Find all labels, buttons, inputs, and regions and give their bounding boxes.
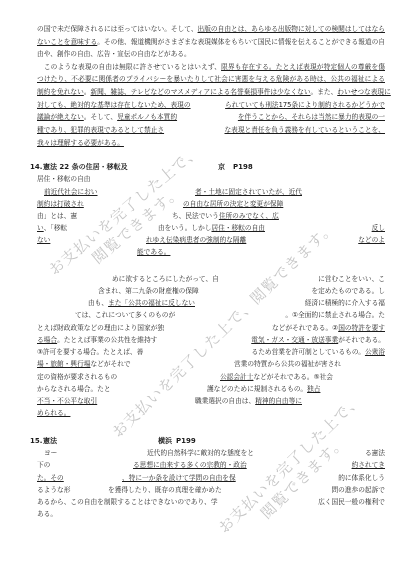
text-run: るため営業を許可制としているもの。 [252,348,365,356]
text-line: の国で未だ保障されるには至ってはいない。そして、出版の自由とは、あらゆる出版物に… [0,24,410,34]
text-line: る場合。たとえば事業の公共性を維持す 電気・ガス・交通・放送事業がそれである。 [0,335,410,345]
underlined-text: られていても刑法175条により制約されるかどうかで [225,101,385,109]
section-title: 憲法 [43,436,57,446]
text-line: ない れゆえ伝染病患者の強制的な隔離 などのよ [0,235,410,245]
text-run: を獲得したり、既存の真理を確かめた [108,486,222,494]
text-fragment: 場・旅館・興行場などがそれで [37,359,131,369]
text-run: 。その他、報道機関がさまざまな表現媒体をもちいて国民に情報を伝えることができる報… [97,38,385,46]
text-fragment: 下の [37,460,50,470]
underlined-text: い [37,224,44,232]
underlined-text: 者・土地に固定されていたが、近代 [195,188,302,196]
underlined-text: 居住・移転の自由 [212,224,266,232]
text-line: 含まれ、第二九条の財産権の保障 を定めたものである。し [0,286,410,296]
text-fragment: 制約を免れない。新聞、雑誌、テレビなどのマスメディアによる名誉棄損事件は少なくな… [37,87,385,97]
text-fragment: あるから、この自由を制限することはできないのであり、学 [37,497,218,507]
underlined-text: 、特に一か条を設けて学問の自由を保 [122,474,236,482]
text-line: 由や、創作の自由、広告・宣伝の自由などがある。 [0,49,410,59]
text-fragment: 議論が絶えない。そして、児童ポルノも本質的 [37,112,177,122]
text-line: ③許可を要する場合。たとえば、善 るため営業を許可制としているもの。公衆浴 [0,347,410,357]
text-fragment: ち、民法でいう住所のみでなく、広 [172,211,279,221]
underlined-text: 我々は理解する必要がある。 [37,139,124,147]
text-run: 問の進歩の起訴で [332,486,386,494]
text-fragment: 、特に一か条を設けて学問の自由を保 [122,473,236,483]
underlined-text: れゆえ伝染病患者の強制的な隔離 [146,236,246,244]
text-line: 定の資格が要求されるもの 公認会計士などがそれである。⑤社会 [0,372,410,382]
text-fragment: 営業の特質から公共の福祉が害され [234,359,341,369]
text-run: 含まれ、第二九条の財産権の保障 [98,287,199,295]
text-fragment: ヨー [44,448,57,458]
text-fragment: とえば財政政策などの理由により国家が独 [37,323,164,333]
text-line: ないことを意味する。その他、報道機関がさまざまな表現媒体をもちいて国民に情報を伝… [0,37,410,47]
text-run: 。そして、 [84,113,117,121]
text-line: 不当・不公平な取引 職業選択の自由は、精神的自由等に [0,396,410,406]
text-line: るような形 を獲得したり、既存の真理を確かめた 問の進歩の起訴で [0,485,410,495]
text-line: からなされる場合。たと 護などのために規制されるもの。独占 [0,384,410,394]
text-line: 由も、また「公共の福祉に反しない 経済に積極的に介入する福 [0,298,410,308]
underlined-text: 約されてき [352,461,385,469]
underlined-text: わいせつな表現に [337,88,391,96]
text-line: 議論が絶えない。そして、児童ポルノも本質的 を伴うことから、それらは当然に暴力的… [0,112,410,122]
underlined-text: 住所のみでなく、広 [219,212,279,220]
text-run: このような表現の自由は無限に許させているとはいえず、 [37,63,221,71]
text-run: ち、民法でいう [172,212,219,220]
text-line: められる。 [0,408,410,418]
text-line: 能である。 [0,247,410,257]
section-subtitle: 居住・移転の自由 [37,174,91,184]
text-fragment: 約されてき [352,460,385,470]
underlined-text: 新聞、雑誌、テレビなどのマスメディアによる名誉棄損事件は少なくない [91,88,311,96]
text-run: 。また、 [311,88,338,96]
text-run: る憲法 [365,449,385,457]
section-number: 14. [30,162,42,172]
text-run: 経済に積極的に介入する福 [305,299,385,307]
text-fragment: からなされる場合。たと [37,384,111,394]
text-line: 我々は理解する必要がある。 [0,138,410,148]
text-fragment: めに欲するところにしたがって、自 [112,274,219,284]
text-run: 的に体系化しう [338,474,385,482]
text-run: あるから、この自由を制限することはできないのであり、学 [37,498,218,506]
text-run: 護などのために規制されるもの。 [207,385,307,393]
text-fragment: 我々は理解する必要がある。 [37,138,124,148]
underlined-text: 不当・不公平な取引 [37,397,97,405]
text-run: 。たとえば事業の公共性を維持す [57,336,157,344]
text-line: 制約を免れない。新聞、雑誌、テレビなどのマスメディアによる名誉棄損事件は少なくな… [0,87,410,97]
text-run: とえば財政政策などの理由により国家が独 [37,324,164,332]
section-number: 15. [30,436,42,446]
underlined-text: 能である。 [137,248,170,256]
text-fragment: このような表現の自由は無限に許させているとはいえず、限界も存在する。たとえば表現… [37,62,385,72]
underlined-text: 出版の自由とは、あらゆる出版物に対しての検閲はしてはなら [198,25,385,33]
section-page-ref: P198 [233,162,253,172]
underlined-text: 場・旅館・興行場 [37,360,91,368]
text-fragment: 的に体系化しう [338,473,385,483]
text-fragment: 反し [372,223,385,233]
underlined-text: を伴うことから、それらは当然に暴力的表現の一 [238,113,385,121]
text-fragment: ある。 [37,509,57,519]
text-fragment: 問の進歩の起訴で [332,485,386,495]
text-line: あるから、この自由を制限することはできないのであり、学 広く国民一般の権利で [0,497,410,507]
section-heading: 14. 憲法 22 条の住居・移転及 京 P198 [0,162,410,172]
text-line: 場・旅館・興行場などがそれで 営業の特質から公共の福祉が害され [0,359,410,369]
text-fragment: 。①全面的に禁止される場合。た [285,310,385,320]
text-fragment: 含まれ、第二九条の財産権の保障 [98,286,199,296]
underlined-text: ないことを意味する [37,38,97,46]
underlined-text: などのよ [358,236,385,244]
text-fragment: られていても刑法175条により制約されるかどうかで [225,100,385,110]
text-line: とえば財政政策などの理由により国家が独 などがそれである。②国の特許を要す [0,323,410,333]
underlined-text: ない [37,236,50,244]
text-run: に営むことをいい、こ [318,275,385,283]
text-line: つけたり、不必要に関係者のプライバシーを暴いたりして社会に害悪を与える危険がある… [0,74,410,84]
text-fragment: た。その [37,473,64,483]
text-fragment: る憲法 [365,448,385,458]
text-run: がそれである。 [338,336,385,344]
text-fragment: 前近代社会におい [44,187,98,197]
underlined-text: 議論が絶えない [37,113,84,121]
text-line: 居住・移転の自由 [0,174,410,184]
text-fragment: れゆえ伝染病患者の強制的な隔離 [146,235,246,245]
text-fragment: 電気・ガス・交通・放送事業がそれである。 [251,335,385,345]
text-fragment: められる。 [37,408,70,418]
text-fragment: などのよ [358,235,385,245]
text-fragment: 職業選択の自由は、精神的自由等に [195,396,302,406]
text-line: ては、これについて多くのものが 。①全面的に禁止される場合。た [0,310,410,320]
text-fragment: ない [37,235,50,245]
text-run: ③許可を要する場合。たとえば、善 [37,348,143,356]
underlined-text: 電気・ガス・交通・放送事業 [251,336,338,344]
underlined-text: る思想に由来する多くの宗教的・政治 [133,461,247,469]
text-fragment: 対しても、絶対的な基準は存在しないため、表現の [37,100,191,110]
text-line: 下の る思想に由来する多くの宗教的・政治 約されてき [0,460,410,470]
text-run: ある。 [37,510,57,518]
text-fragment: 不当・不公平な取引 [37,396,97,406]
text-run: 、「移転 [44,224,67,232]
text-run: の国で未だ保障されるには至ってはいない。そして、 [37,25,198,33]
text-run: るような形 [37,486,70,494]
text-fragment: 経済に積極的に介入する福 [305,298,385,308]
text-run: 。①全面的に禁止される場合。た [285,311,385,319]
text-line: た。その 、特に一か条を設けて学問の自由を保 的に体系化しう [0,473,410,483]
text-run: 定の資格が要求されるもの [37,373,117,381]
section-place: 京 [218,162,225,172]
text-run: などがそれである。② [272,324,338,332]
text-fragment: い、「移転 [37,223,67,233]
text-fragment: 定の資格が要求されるもの [37,372,117,382]
text-run: ては、これについて多くのものが [75,311,175,319]
underlined-text: 公衆浴 [365,348,385,356]
text-fragment: ては、これについて多くのものが [75,310,175,320]
section-place: 横浜 [158,436,172,446]
underlined-text: な表現と責任を負う義務を有しているということを、 [225,126,386,134]
text-run: 職業選択の自由は、 [195,397,255,405]
text-line: 由」とは、憲 ち、民法でいう住所のみでなく、広 [0,211,410,221]
underlined-text: 国の特許を要す [338,324,385,332]
text-run: 由」とは、憲 [37,212,77,220]
text-line: このような表現の自由は無限に許させているとはいえず、限界も存在する。たとえば表現… [0,62,410,72]
underlined-text: る場合 [37,336,57,344]
text-run: 。 [84,88,91,96]
text-fragment: を定めたものである。し [311,286,385,296]
text-run: などがそれである。⑤社会 [253,373,333,381]
underlined-text: 精神的自由等に [255,397,302,405]
section-title: 憲法 22 条の住居・移転及 [43,162,128,172]
underlined-text: 独占 [307,385,320,393]
text-run: 下の [37,461,50,469]
underlined-text: 反し [372,224,385,232]
underlined-text: 種であり、犯罪的表現であるとして禁止さ [37,126,164,134]
underlined-text: の自由な居所の決定と変更が保障 [183,200,283,208]
text-fragment: の国で未だ保障されるには至ってはいない。そして、出版の自由とは、あらゆる出版物に… [37,24,385,34]
underlined-text: 対しても、絶対的な基準は存在しないため、表現の [37,101,191,109]
text-fragment: る場合。たとえば事業の公共性を維持す [37,335,157,345]
text-run: を定めたものである。し [311,287,385,295]
underlined-text: 制約を免れない [37,88,84,96]
text-run: 由をいう。しかし [158,224,212,232]
text-line: 制約は打破され の自由な居所の決定と変更が保障 [0,199,410,209]
text-run: ヨー [44,449,57,457]
text-fragment: 広く国民一般の権利で [318,497,385,507]
text-fragment: る思想に由来する多くの宗教的・政治 [133,460,247,470]
text-run: 広く国民一般の権利で [318,498,385,506]
text-fragment: な表現と責任を負う義務を有しているということを、 [225,125,386,135]
text-line: 前近代社会におい 者・土地に固定されていたが、近代 [0,187,410,197]
text-line: ヨー 近代的自然科学に敵対的な態度をと る憲法 [0,448,410,458]
text-fragment: 由をいう。しかし居住・移転の自由 [158,223,265,233]
text-line: ある。 [0,509,410,519]
text-fragment: つけたり、不必要に関係者のプライバシーを暴いたりして社会に害悪を与える危険がある… [37,74,385,84]
section-heading: 15. 憲法 横浜 P199 [0,436,410,446]
text-run: 由も、 [88,299,108,307]
text-fragment: ないことを意味する。その他、報道機関がさまざまな表現媒体をもちいて国民に情報を伝… [37,37,385,47]
text-run: 近代的自然科学に敵対的な態度をと [147,449,254,457]
text-fragment: るような形 [37,485,70,495]
underlined-text: 公認会計士 [220,373,253,381]
text-fragment: に営むことをいい、こ [318,274,385,284]
text-fragment: 由や、創作の自由、広告・宣伝の自由などがある。 [37,49,191,59]
text-fragment: 由も、また「公共の福祉に反しない [88,298,195,308]
text-fragment: 者・土地に固定されていたが、近代 [195,187,302,197]
text-fragment: 制約は打破され [37,199,84,209]
text-fragment: 護などのために規制されるもの。独占 [207,384,320,394]
text-run: 営業の特質から公共の福祉が害され [234,360,341,368]
text-fragment: 能である。 [137,247,170,257]
text-fragment: を伴うことから、それらは当然に暴力的表現の一 [238,112,385,122]
text-fragment: などがそれである。②国の特許を要す [272,323,385,333]
text-run: めに欲するところにしたがって、自 [112,275,219,283]
text-run: 由や、創作の自由、広告・宣伝の自由などがある。 [37,50,191,58]
underlined-text: 制約は打破され [37,200,84,208]
underlined-text: 児童ポルノも本質的 [117,113,177,121]
text-run: からなされる場合。たと [37,385,111,393]
text-line: 種であり、犯罪的表現であるとして禁止さ な表現と責任を負う義務を有しているという… [0,125,410,135]
underlined-text: 限界も存在する。たとえば表現が特定個人の尊厳を傷 [221,63,385,71]
text-line: 対しても、絶対的な基準は存在しないため、表現の られていても刑法175条により制… [0,100,410,110]
text-fragment: ③許可を要する場合。たとえば、善 [37,347,143,357]
underlined-text: また「公共の福祉に反しない [108,299,195,307]
underlined-text: められる。 [37,409,70,417]
text-line: めに欲するところにしたがって、自 に営むことをいい、こ [0,274,410,284]
text-fragment: るため営業を許可制としているもの。公衆浴 [252,347,385,357]
text-fragment: 由」とは、憲 [37,211,77,221]
text-fragment: 種であり、犯罪的表現であるとして禁止さ [37,125,164,135]
document-page: の国で未だ保障されるには至ってはいない。そして、出版の自由とは、あらゆる出版物に… [0,0,410,580]
text-fragment: 近代的自然科学に敵対的な態度をと [147,448,254,458]
text-fragment: を獲得したり、既存の真理を確かめた [108,485,222,495]
text-run: などがそれで [91,360,131,368]
underlined-text: つけたり、不必要に関係者のプライバシーを暴いたりして社会に害悪を与える危険がある… [37,75,385,83]
text-fragment: の自由な居所の決定と変更が保障 [183,199,283,209]
text-line: い、「移転 由をいう。しかし居住・移転の自由 反し [0,223,410,233]
underlined-text: 前近代社会におい [44,188,98,196]
text-fragment: 公認会計士などがそれである。⑤社会 [220,372,333,382]
section-page-ref: P199 [176,436,196,446]
underlined-text: た。その [37,474,64,482]
